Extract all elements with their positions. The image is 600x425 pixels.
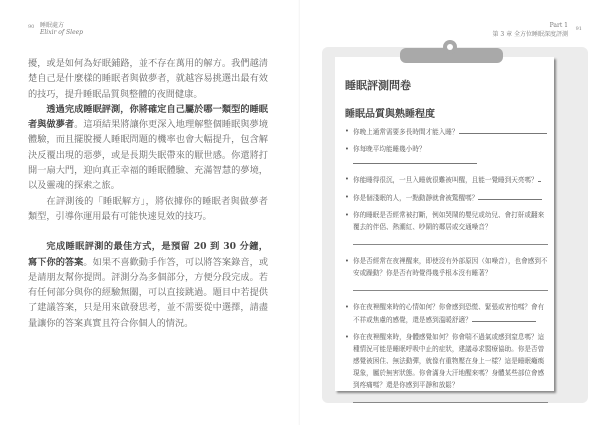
bullet-icon: • [345, 143, 349, 155]
question-item: • 你的睡眠是否經常被打斷，例如哭鬧的嬰兒或幼兒、會打鼾或翻來覆去的伴侶、熱潮紅… [345, 209, 548, 233]
question-list: • 你晚上通常需要多長時間才能入睡？ • 你每晚平均能睡幾小時？ • 你能睡得很… [345, 125, 548, 413]
bullet-icon: • [345, 209, 349, 221]
left-page: 90 睡眠處方 Elixir of Sleep 擾，或是如何為好眠鋪路，並不存在… [0, 0, 300, 425]
question-item: • 你晚上通常需要多長時間才能入睡？ [345, 125, 548, 138]
answer-line [353, 401, 548, 403]
running-title-zh: 睡眠處方 [40, 20, 64, 29]
questionnaire-title: 睡眠評測問卷 [345, 77, 411, 93]
bullet-icon: • [345, 301, 349, 313]
question-item: • 你是個淺眠的人，一點動靜就會被驚醒嗎？ [345, 191, 548, 204]
paragraph: 在評測後的「睡眠解方」，將依據你的睡眠者與做夢者類型，引導你運用最有可能快速見效… [28, 194, 268, 225]
bullet-icon: • [345, 255, 349, 267]
part-label: Part 1 [492, 22, 568, 29]
question-item: • 你能睡得很沉，一旦入睡就很難被叫醒，且能一覺睡到天亮嗎？ [345, 173, 548, 186]
answer-line [459, 125, 547, 134]
page-number: 91 [576, 26, 582, 32]
right-running-header: Part 1 第 3 章 全方位睡眠深度評測 91 [492, 22, 568, 38]
bullet-icon: • [345, 331, 349, 343]
chapter-label: 第 3 章 全方位睡眠深度評測 [492, 29, 568, 38]
questionnaire-section: 睡眠品質與熟睡程度 [345, 105, 435, 120]
answer-line [353, 289, 548, 291]
question-item: • 你在夜裡醒來時，身體感覺如何？你會喘不過氣或感到窒息嗎？這種情況可能是睡眠呼… [345, 331, 548, 391]
bullet-icon: • [345, 191, 349, 203]
answer-line [353, 243, 548, 245]
clipboard-hole [447, 44, 453, 50]
paragraph: 透過完成睡眠評測，你將確定自己屬於哪一類型的睡眠者與做夢者。這項結果將讓你更深入… [28, 102, 268, 194]
bullet-icon: • [345, 173, 349, 185]
question-item: • 你每晚平均能睡幾小時？ [345, 143, 548, 168]
answer-line [478, 191, 542, 200]
bullet-icon: • [345, 125, 349, 137]
answer-line [353, 155, 477, 164]
answer-line [538, 173, 541, 182]
answer-line [472, 313, 536, 322]
page-number: 90 [28, 24, 34, 30]
body-text: 擾，或是如何為好眠鋪路，並不存在萬用的解方。我們越清楚自己是什麼樣的睡眠者與做夢… [28, 56, 268, 331]
book-spread: 90 睡眠處方 Elixir of Sleep 擾，或是如何為好眠鋪路，並不存在… [0, 0, 600, 425]
question-item: • 你在夜裡醒來時的心情如何？你會感到恐慌、緊張或害怕嗎？會有不祥或焦慮的感覺，… [345, 301, 548, 326]
question-item: • 你是否經常在夜裡醒來，即使沒有外部原因（如噪音），也會感到不安或躁動？你是否… [345, 255, 548, 279]
paragraph: 完成睡眠評測的最佳方式，是預留 20 到 30 分鐘，寫下你的答案。如果不喜歡動… [28, 239, 268, 331]
running-title-en: Elixir of Sleep [40, 29, 83, 36]
questionnaire-sheet: 睡眠評測問卷 睡眠品質與熟睡程度 • 你晚上通常需要多長時間才能入睡？ • 你每… [335, 57, 554, 391]
paragraph: 擾，或是如何為好眠鋪路，並不存在萬用的解方。我們越清楚自己是什麼樣的睡眠者與做夢… [28, 56, 268, 102]
